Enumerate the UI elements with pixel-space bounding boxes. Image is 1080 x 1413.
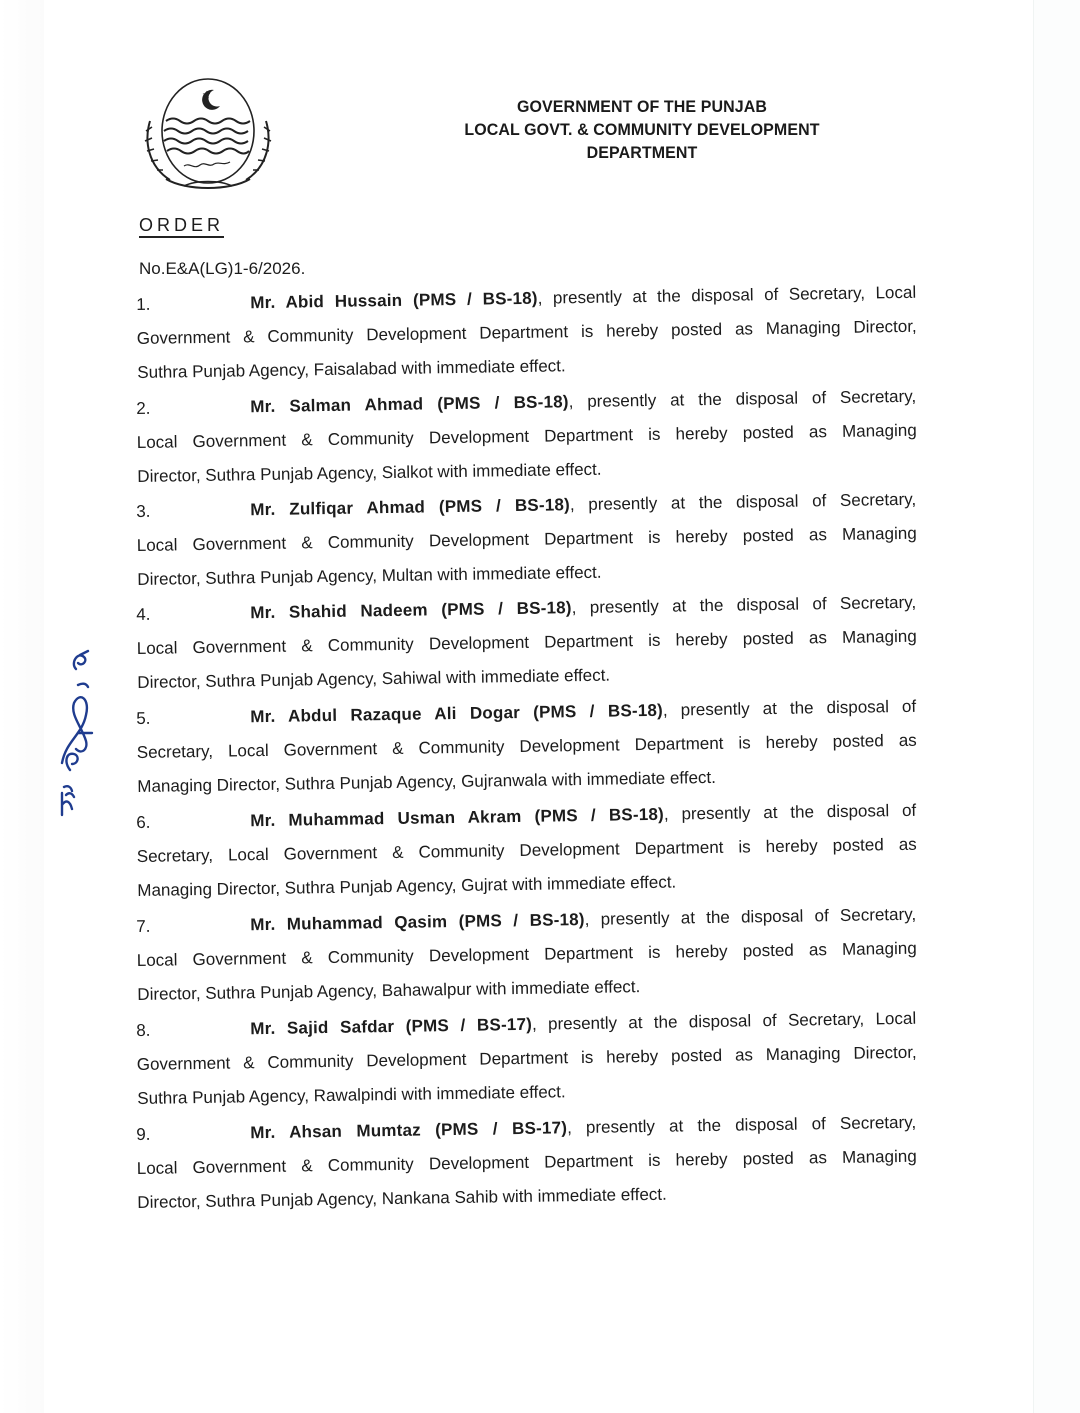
posting-order-item: 2.Mr. Salman Ahmad (PMS / BS-18), presen… — [136, 380, 918, 494]
order-title: ORDER — [139, 215, 224, 238]
page-margin-left — [0, 0, 44, 1413]
officer-name: Mr. Muhammad Usman Akram (PMS / BS-18) — [250, 805, 664, 830]
item-text: , presently at the disposal of Secretary… — [570, 490, 917, 514]
posting-order-item: 7.Mr. Muhammad Qasim (PMS / BS-18), pres… — [136, 898, 918, 1012]
item-number: 1. — [136, 286, 251, 322]
item-text: , presently at the disposal of Secretary… — [569, 387, 917, 411]
officer-name: Mr. Zulfiqar Ahmad (PMS / BS-18) — [250, 495, 570, 519]
item-number: 3. — [136, 493, 251, 529]
item-number: 9. — [136, 1116, 251, 1152]
item-number: 4. — [136, 596, 251, 632]
svg-text:★: ★ — [202, 90, 211, 101]
posting-order-item: 4.Mr. Shahid Nadeem (PMS / BS-18), prese… — [136, 586, 918, 700]
officer-name: Mr. Abdul Razaque Ali Dogar (PMS / BS-18… — [250, 701, 663, 726]
punjab-government-emblem-icon: ★ — [136, 76, 280, 198]
posting-order-item: 6.Mr. Muhammad Usman Akram (PMS / BS-18)… — [136, 794, 918, 908]
officer-name: Mr. Muhammad Qasim (PMS / BS-18) — [250, 910, 585, 934]
posting-order-item: 3.Mr. Zulfiqar Ahmad (PMS / BS-18), pres… — [136, 483, 918, 597]
officer-name: Mr. Shahid Nadeem (PMS / BS-18) — [250, 598, 572, 622]
item-text: , presently at the disposal of Secretary… — [585, 905, 917, 929]
department-header: GOVERNMENT OF THE PUNJAB LOCAL GOVT. & C… — [433, 95, 850, 164]
officer-name: Mr. Sajid Safdar (PMS / BS-17) — [250, 1015, 532, 1038]
header-line-government: GOVERNMENT OF THE PUNJAB — [433, 95, 850, 118]
item-number: 7. — [136, 908, 251, 944]
posting-order-item: 1.Mr. Abid Hussain (PMS / BS-18), presen… — [136, 276, 918, 390]
item-text: , presently at the disposal of Secretary… — [572, 593, 917, 617]
posting-order-item: 9.Mr. Ahsan Mumtaz (PMS / BS-17), presen… — [136, 1106, 918, 1220]
posting-order-item: 8.Mr. Sajid Safdar (PMS / BS-17), presen… — [136, 1002, 918, 1116]
item-text: , presently at the disposal of Secretary… — [538, 283, 917, 308]
item-number: 2. — [136, 390, 251, 426]
item-number: 5. — [136, 700, 251, 736]
handwritten-initials-icon — [52, 645, 102, 820]
officer-name: Mr. Salman Ahmad (PMS / BS-18) — [250, 392, 569, 416]
header-line-department-cont: DEPARTMENT — [433, 141, 850, 164]
item-number: 6. — [136, 804, 251, 840]
item-text: , presently at the disposal of Secretary… — [567, 1113, 916, 1137]
posting-order-item: 5.Mr. Abdul Razaque Ali Dogar (PMS / BS-… — [136, 690, 918, 804]
officer-name: Mr. Abid Hussain (PMS / BS-18) — [250, 289, 538, 313]
item-text: , presently at the disposal of — [663, 697, 917, 720]
item-number: 8. — [136, 1012, 251, 1048]
officer-name: Mr. Ahsan Mumtaz (PMS / BS-17) — [250, 1118, 567, 1142]
header-line-department: LOCAL GOVT. & COMMUNITY DEVELOPMENT — [433, 118, 850, 141]
item-text: , presently at the disposal of — [664, 801, 917, 824]
order-number: No.E&A(LG)1-6/2026. — [139, 259, 305, 279]
item-text: , presently at the disposal of Secretary… — [532, 1009, 916, 1034]
page-margin-right — [1033, 0, 1080, 1413]
